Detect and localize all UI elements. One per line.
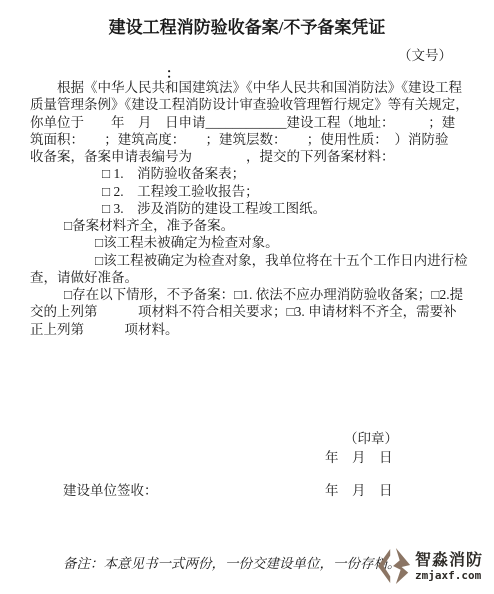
brand-domain: zmjaxf.com [415, 569, 483, 582]
body-line: 交的上列第 项材料不符合相关要求；□3. 申请材料不齐全，需要补 [30, 303, 472, 320]
seal-placeholder: （印章） [344, 427, 398, 447]
diamond-bolt-left-chevron [378, 549, 390, 583]
checkbox-line-material-1: □ 1. 消防验收备案表； [30, 165, 472, 182]
document-title: 建设工程消防验收备案/不予备案凭证 [0, 13, 494, 38]
checkbox-line-selected-for-check: □该工程被确定为检查对象，我单位将在十五个工作日内进行检 [30, 252, 472, 269]
doc-number-label: （文号） [398, 44, 452, 64]
brand-name: 智淼消防 [415, 551, 483, 569]
checkbox-line-rejected: □存在以下情形，不予备案：□1. 依法不应办理消防验收备案；□2.提 [30, 286, 472, 303]
diamond-bolt-zigzag [393, 548, 410, 584]
body-line: 收备案，备案申请表编号为 ，提交的下列备案材料： [30, 148, 472, 165]
issue-date-line: 年 月 日 [325, 446, 393, 466]
checkbox-line-material-3: □ 3. 涉及消防的建设工程竣工图纸。 [30, 200, 472, 217]
body-line: 正上列第 项材料。 [30, 321, 472, 338]
receipt-sign-label: 建设单位签收： [63, 479, 158, 499]
body-line: 根据《中华人民共和国建筑法》《中华人民共和国消防法》《建设工程 [30, 79, 472, 96]
body-line: 质量管理条例》《建设工程消防设计审查验收管理暂行规定》等有关规定， [30, 96, 472, 113]
footnote: 备注：本意见书一式两份，一份交建设单位，一份存档。 [63, 552, 401, 572]
brand-text: 智淼消防 zmjaxf.com [415, 551, 483, 582]
checkbox-line-accepted: □备案材料齐全，准予备案。 [30, 217, 472, 234]
body-paragraph: 根据《中华人民共和国建筑法》《中华人民共和国消防法》《建设工程 质量管理条例》《… [30, 79, 472, 338]
body-line: 查，请做好准备。 [30, 269, 472, 286]
diamond-bolt-icon [376, 546, 412, 586]
watermark-logo: 智淼消防 zmjaxf.com [376, 546, 483, 586]
checkbox-line-not-selected-for-check: □该工程未被确定为检查对象。 [30, 234, 472, 251]
body-line-application-blanks: 你单位于 年 月 日申请____________建设工程（地址： ；建 [30, 114, 472, 131]
document-page: 建设工程消防验收备案/不予备案凭证 （文号） ： 根据《中华人民共和国建筑法》《… [0, 0, 494, 594]
body-line-building-info-blanks: 筑面积： ；建筑高度： ；建筑层数： ；使用性质： ）消防验 [30, 131, 472, 148]
receipt-date-line: 年 月 日 [325, 479, 393, 499]
checkbox-line-material-2: □ 2. 工程竣工验收报告； [30, 183, 472, 200]
